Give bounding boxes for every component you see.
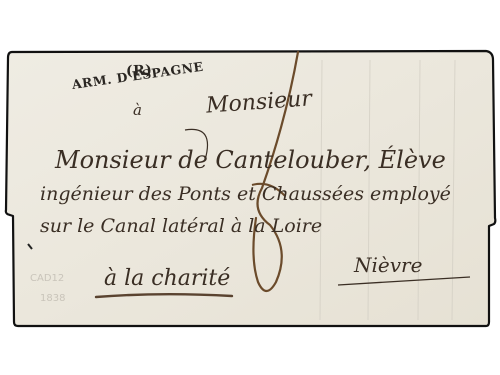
address-city: à la charité bbox=[104, 266, 230, 291]
address-department: Nièvre bbox=[354, 253, 422, 277]
postal-cover: (R) ARM. D'ESPAGNE à Monsieur Monsieur d… bbox=[0, 0, 500, 375]
pencil-note-origin: CAD12 bbox=[30, 273, 64, 285]
address-prefix: à bbox=[133, 101, 142, 119]
address-line-1: Monsieur de Cantelouber, Élève bbox=[55, 146, 446, 174]
address-line-2: ingénieur des Ponts et Chaussées employé bbox=[40, 183, 451, 205]
address-line-3: sur le Canal latéral à la Loire bbox=[40, 215, 322, 237]
pencil-note-year: 1838 bbox=[40, 293, 65, 305]
